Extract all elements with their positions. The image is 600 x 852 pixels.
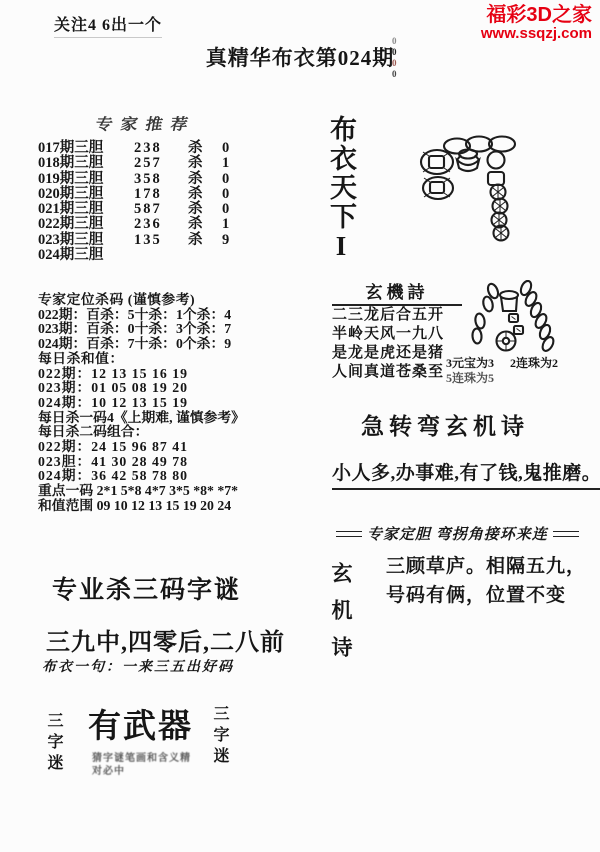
kill-label: 杀 [188, 172, 222, 187]
title-mark: 0 [392, 36, 397, 46]
kill-digit: 0 [222, 172, 229, 187]
kill-label [188, 248, 222, 263]
two-code-header: 每日杀二码组合： [38, 425, 298, 440]
note-line: 对必中 [92, 765, 191, 778]
title-side-marks: 0 0 0 0 [392, 36, 397, 79]
poem-line: 半岭天风一九八 [332, 325, 462, 344]
title-mark: 0 [392, 58, 397, 68]
poem-line: 是龙是虎还是猪 [332, 344, 462, 363]
dan-history-row: 024期三胆 [38, 248, 278, 263]
dan-history-row: 019期三胆358杀0 [38, 172, 278, 187]
buyi-sentence: 布衣一句：一来三五出好码 [42, 656, 234, 676]
dan-numbers: 238 [134, 141, 188, 156]
xuanji-poem-block: 玄機詩 二三龙后合五开 半岭天风一九八 是龙是虎还是猪 人间真道苍桑至 [332, 278, 462, 382]
site-logo-title: 福彩3D之家 [481, 4, 592, 26]
position-kill-row: 024期：百杀：7十杀：0个杀：9 [38, 337, 298, 352]
caption-bead-count-2: 5连珠为5 [446, 371, 558, 386]
kill-digit: 1 [222, 217, 229, 232]
expert-band-text: 专家定胆 弯拐角接环来连 [367, 523, 548, 544]
dan-history-row: 018期三胆257杀1 [38, 156, 278, 171]
note-line: 猜字谜笔画和含义精 [92, 752, 191, 765]
issue: 023期三胆 [38, 233, 134, 248]
key-one-row: 重点一码 2*1 5*8 4*7 3*5 *8* *7* [38, 484, 298, 499]
dan-numbers: 358 [134, 172, 188, 187]
turn-poem-quote: 小人多,办事难,有了钱,鬼推磨。 [332, 458, 600, 490]
band-line-left [336, 531, 362, 537]
site-logo-url: www.ssqzj.com [481, 26, 592, 43]
kill-label: 杀 [188, 187, 222, 202]
site-logo: 福彩3D之家 www.ssqzj.com [481, 4, 592, 43]
sum-kill-row: 023期：01 05 08 19 20 [38, 381, 298, 396]
sum-range-label: 和值范围 [38, 498, 93, 513]
kill-label: 杀 [188, 156, 222, 171]
two-code-row: 023胆：41 30 28 49 78 [38, 455, 298, 470]
kill-digit: 0 [222, 141, 229, 156]
dan-numbers: 236 [134, 217, 188, 232]
key-one-label: 重点一码 [38, 483, 93, 498]
dan-history-row: 023期三胆135杀9 [38, 233, 278, 248]
dan-numbers: 587 [134, 202, 188, 217]
chains-cup-dice-coin-drawing [468, 280, 578, 356]
three-char-riddle-note: 猜字谜笔画和含义精 对必中 [92, 752, 191, 778]
caption-bead-count: 2连珠为2 [510, 356, 558, 371]
bottom-xuanji-line: 号码有俩，位置不变 [386, 581, 586, 610]
issue: 017期三胆 [38, 141, 134, 156]
issue: 022期三胆 [38, 217, 134, 232]
two-code-row: 024期：36 42 58 78 80 [38, 469, 298, 484]
kill-digit: 9 [222, 233, 229, 248]
top-left-note: 关注4 6出一个 [54, 12, 162, 38]
dan-numbers [134, 248, 188, 263]
buyi-tianxia-title: 布衣天下I [322, 115, 361, 263]
sum-kill-row: 022期：12 13 15 16 19 [38, 367, 298, 382]
dan-history-row: 017期三胆238杀0 [38, 141, 278, 156]
bottom-xuanji-line: 三顾草庐。相隔五九， [386, 552, 586, 581]
sum-range-value: 09 10 12 13 15 19 20 24 [97, 498, 232, 513]
two-code-row: 022期：24 15 96 87 41 [38, 440, 298, 455]
kill-section: 专家定位杀码 (谨慎参考) 022期：百杀：5十杀：1个杀：4 023期：百杀：… [38, 293, 298, 514]
kill-label: 杀 [188, 233, 222, 248]
key-one-value: 2*1 5*8 4*7 3*5 *8* *7* [97, 483, 238, 498]
issue: 018期三胆 [38, 156, 134, 171]
dan-numbers: 178 [134, 187, 188, 202]
poem-line: 人间真道苍桑至 [332, 363, 462, 382]
dan-numbers: 135 [134, 233, 188, 248]
kill-digit: 0 [222, 202, 229, 217]
position-kill-row: 023期：百杀：0十杀：3个杀：7 [38, 322, 298, 337]
kill-label: 杀 [188, 217, 222, 232]
three-char-riddle-label-right: 三字迷 [208, 705, 231, 768]
xuanji-poem-title: 玄機詩 [332, 278, 462, 306]
expert-band: 专家定胆 弯拐角接环来连 [336, 523, 579, 544]
three-char-riddle-label-left: 三字迷 [42, 712, 65, 775]
issue: 019期三胆 [38, 172, 134, 187]
sum-kill-row: 024期：10 12 13 15 19 [38, 396, 298, 411]
kill-digit: 0 [222, 187, 229, 202]
kill-section-header: 专家定位杀码 (谨慎参考) [38, 293, 298, 308]
sum-kill-header: 每日杀和值： [38, 352, 298, 367]
sum-range-row: 和值范围 09 10 12 13 15 19 20 24 [38, 499, 298, 514]
lottery-chart-page: 关注4 6出一个 福彩3D之家 www.ssqzj.com 真精华布衣第024期… [0, 0, 600, 852]
kill-label: 杀 [188, 141, 222, 156]
bottom-xuanji-vertical-title: 玄机诗 [326, 562, 356, 673]
drawing-captions: 3元宝为3 2连珠为2 5连珠为5 [446, 356, 558, 386]
issue: 024期三胆 [38, 248, 134, 263]
caption-ingot-count: 3元宝为3 [446, 356, 494, 371]
dan-history-list: 017期三胆238杀0 018期三胆257杀1 019期三胆358杀0 020期… [38, 141, 278, 263]
dan-numbers: 257 [134, 156, 188, 171]
title-mark: 0 [392, 69, 397, 79]
title-mark: 0 [392, 47, 397, 57]
three-char-riddle-word: 有武器 [88, 700, 193, 747]
dan-history-row: 020期三胆178杀0 [38, 187, 278, 202]
kill-digit: 1 [222, 156, 229, 171]
three-code-riddle-line: 三九中,四零后,二八前 [46, 622, 285, 657]
expert-recommend-header: 专家推荐 [94, 111, 198, 134]
dan-history-row: 022期三胆236杀1 [38, 217, 278, 232]
page-title: 真精华布衣第024期 [0, 42, 600, 72]
coins-and-ingot-drawing [415, 130, 530, 242]
three-code-riddle-title: 专业杀三码字谜 [52, 570, 241, 606]
poem-line: 二三龙后合五开 [332, 306, 462, 325]
band-line-right [553, 531, 579, 537]
issue: 020期三胆 [38, 187, 134, 202]
bottom-xuanji-text: 三顾草庐。相隔五九， 号码有俩，位置不变 [386, 552, 586, 610]
turn-poem-title: 急转弯玄机诗 [330, 408, 560, 441]
